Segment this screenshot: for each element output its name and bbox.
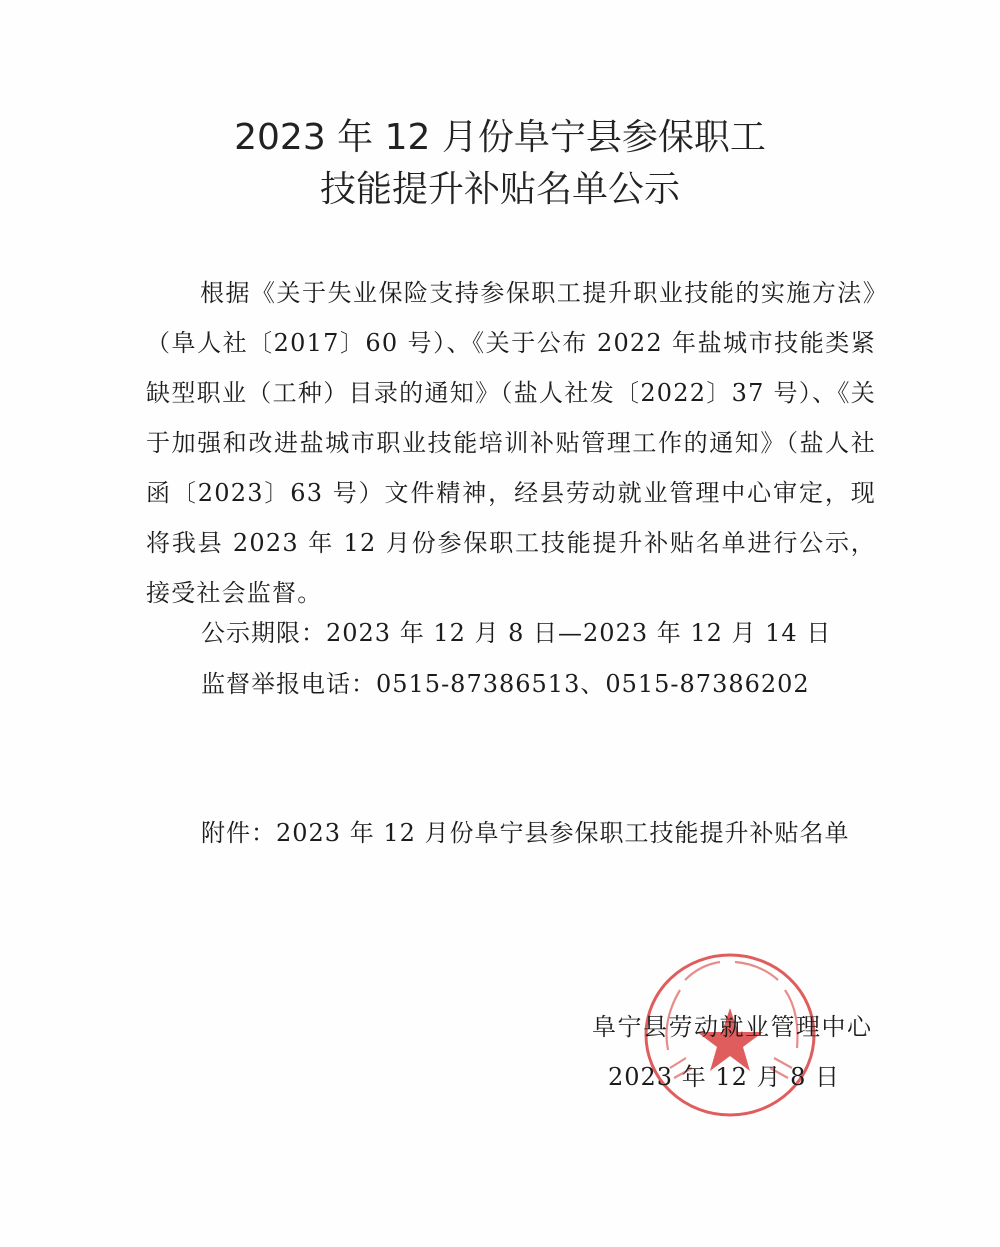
publicity-period: 公示期限：2023 年 12 月 8 日—2023 年 12 月 14 日 bbox=[201, 608, 831, 658]
body-section: 根据《关于失业保险支持参保职工提升职业技能的实施方法》（阜人社〔2017〕60 … bbox=[146, 268, 876, 618]
title-line-2: 技能提升补贴名单公示 bbox=[0, 164, 1000, 216]
document-title: 2023 年 12 月份阜宁县参保职工 技能提升补贴名单公示 bbox=[0, 112, 1000, 216]
signature-organization: 阜宁县劳动就业管理中心 bbox=[592, 1002, 873, 1052]
attachment-note: 附件：2023 年 12 月份阜宁县参保职工技能提升补贴名单 bbox=[201, 808, 850, 858]
document-page: 2023 年 12 月份阜宁县参保职工 技能提升补贴名单公示 根据《关于失业保险… bbox=[0, 0, 1000, 1247]
title-line-1: 2023 年 12 月份阜宁县参保职工 bbox=[0, 112, 1000, 164]
signature-date: 2023 年 12 月 8 日 bbox=[608, 1052, 840, 1102]
body-paragraph: 根据《关于失业保险支持参保职工提升职业技能的实施方法》（阜人社〔2017〕60 … bbox=[146, 268, 876, 618]
report-phone: 监督举报电话：0515-87386513、0515-87386202 bbox=[201, 659, 810, 709]
